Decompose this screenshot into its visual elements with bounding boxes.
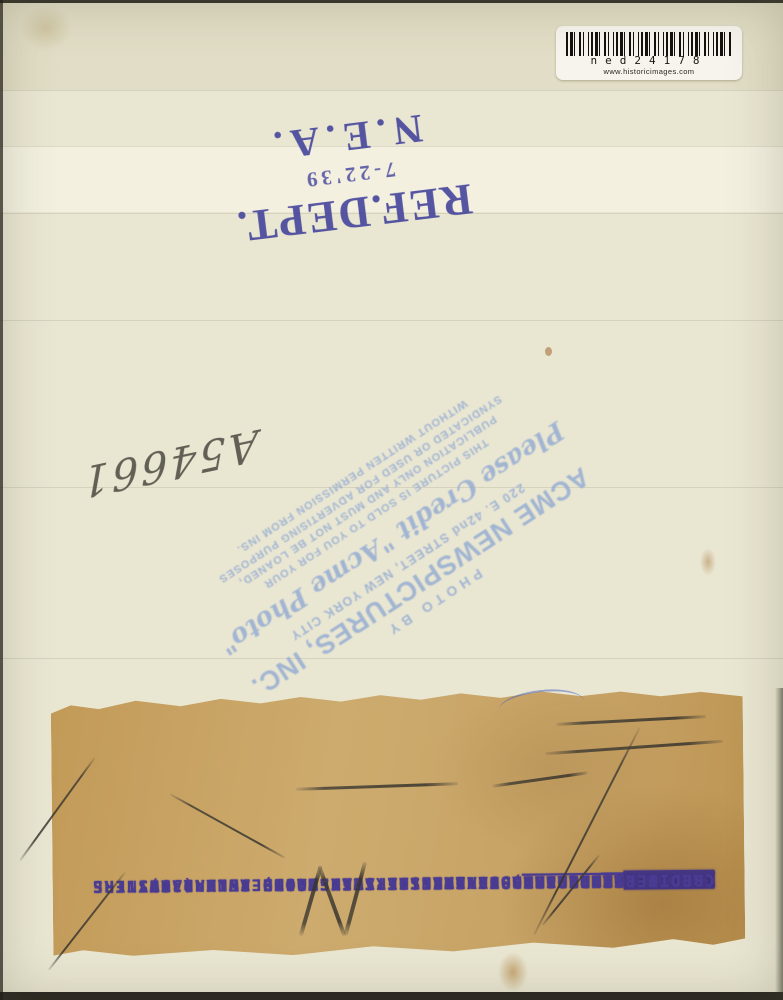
barcode-code: ned24178 <box>564 54 734 67</box>
caption-slip: 518256MOST ALIKE BROTHERS AND SISTERS AT… <box>51 688 746 957</box>
scan-edge-right-shadow <box>775 688 783 1000</box>
paper-crease <box>0 320 783 321</box>
tan-drip-stain <box>498 952 528 992</box>
scan-edge-bottom <box>0 992 783 1000</box>
barcode-label: ned24178 www.historicimages.com <box>556 26 742 80</box>
paper-stain <box>20 5 72 51</box>
rust-smudge <box>700 548 716 576</box>
paper-crease <box>0 658 783 659</box>
caption-line: CREDIT LINE (ACME) NY CHICL 7-14-39 (JO) <box>79 889 715 896</box>
barcode-website: www.historicimages.com <box>564 67 734 76</box>
scan-edge-top <box>0 0 783 3</box>
reference-dept-stamp: REF.DEPT. 7-22'39 N.E.A. <box>203 60 490 252</box>
barcode-bars <box>566 32 732 56</box>
photo-back-scan: ned24178 www.historicimages.com REF.DEPT… <box>0 0 783 1000</box>
caption-slip-text: 518256MOST ALIKE BROTHERS AND SISTERS AT… <box>51 688 746 957</box>
acme-newspictures-stamp: PHOTO BYACME NEWSPICTURES, INC.220 E. 42… <box>120 299 640 742</box>
scan-edge-left <box>0 0 3 1000</box>
